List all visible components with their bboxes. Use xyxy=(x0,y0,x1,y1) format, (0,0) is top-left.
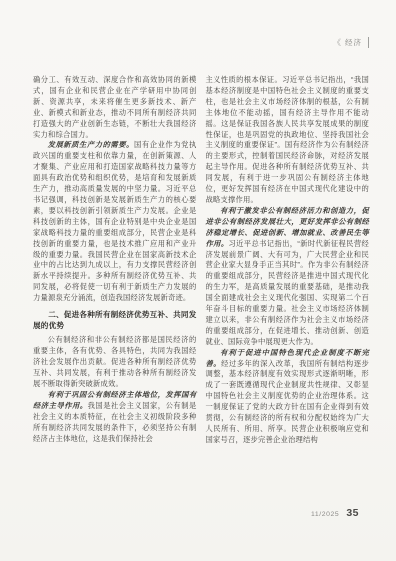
issue-number: 11/2025 xyxy=(311,511,339,518)
paragraph-text: 公有制经济和非公有制经济都是国民经济的重要主体，各有优势、各具特色，共同为我国经… xyxy=(33,335,197,388)
paragraph-lead: 发展新质生产力的需要。 xyxy=(48,140,134,149)
section-label: 经济 xyxy=(345,37,362,48)
paragraph-continuation: 主义性质的根本保证。习近平总书记指出，“我国基本经济制度是中国特色社会主义制度的… xyxy=(206,75,370,206)
header-divider xyxy=(368,37,369,48)
guillemet-icon: 《 xyxy=(333,37,342,48)
paragraph-text: 习近平总书记指出，“新时代新征程民营经济发展前景广阔、大有可为，广大民营企业和民… xyxy=(206,239,370,346)
running-head: 《 经济 xyxy=(333,37,369,48)
page-footer: 11/2025 35 xyxy=(311,507,359,519)
article-body: 确分工、有效互动、深度合作和高效协同的新模式，国有企业和民营企业在产学研用中协同… xyxy=(33,75,369,446)
paragraph: 有利于巩固公有制经济主体地位，发挥国有经济主导作用。我国是社会主义国家，公有制是… xyxy=(33,390,197,445)
paragraph-text: 经过多年的深入改革，我国所有制结构逐步调整，基本经济制度有效实现形式逐渐明晰，形… xyxy=(206,359,370,444)
paragraph-text: 主义性质的根本保证。习近平总书记指出，“我国基本经济制度是中国特色社会主义制度的… xyxy=(206,75,370,204)
page-number: 35 xyxy=(346,507,359,519)
right-column: 主义性质的根本保证。习近平总书记指出，“我国基本经济制度是中国特色社会主义制度的… xyxy=(206,75,370,446)
paragraph-text: 国有企业作为党执政兴国的重要支柱和依靠力量，在创新策源、人才聚集、产业应用和打造… xyxy=(33,140,197,302)
magazine-page: 《 经济 确分工、有效互动、深度合作和高效协同的新模式，国有企业和民营企业在产学… xyxy=(0,0,396,561)
paragraph: 有利于激发非公有制经济活力和创造力，促进非公有制经济发展壮大，更好发挥非公有制经… xyxy=(206,206,370,348)
section-heading: 二、促进各种所有制经济优势互补、共同发展的优势 xyxy=(33,309,197,331)
left-column: 确分工、有效互动、深度合作和高效协同的新模式，国有企业和民营企业在产学研用中协同… xyxy=(33,75,197,446)
section-heading-text: 二、促进各种所有制经济优势互补、共同发展的优势 xyxy=(33,310,197,330)
paragraph-continuation: 确分工、有效互动、深度合作和高效协同的新模式，国有企业和民营企业在产学研用中协同… xyxy=(33,75,197,140)
paragraph: 发展新质生产力的需要。国有企业作为党执政兴国的重要支柱和依靠力量，在创新策源、人… xyxy=(33,140,197,304)
paragraph: 公有制经济和非公有制经济都是国民经济的重要主体，各有优势、各具特色，共同为我国经… xyxy=(33,335,197,390)
paragraph: 有利于促进中国特色现代企业制度不断完善。经过多年的深入改革，我国所有制结构逐步调… xyxy=(206,348,370,446)
paragraph-text: 确分工、有效互动、深度合作和高效协同的新模式，国有企业和民营企业在产学研用中协同… xyxy=(33,75,197,139)
